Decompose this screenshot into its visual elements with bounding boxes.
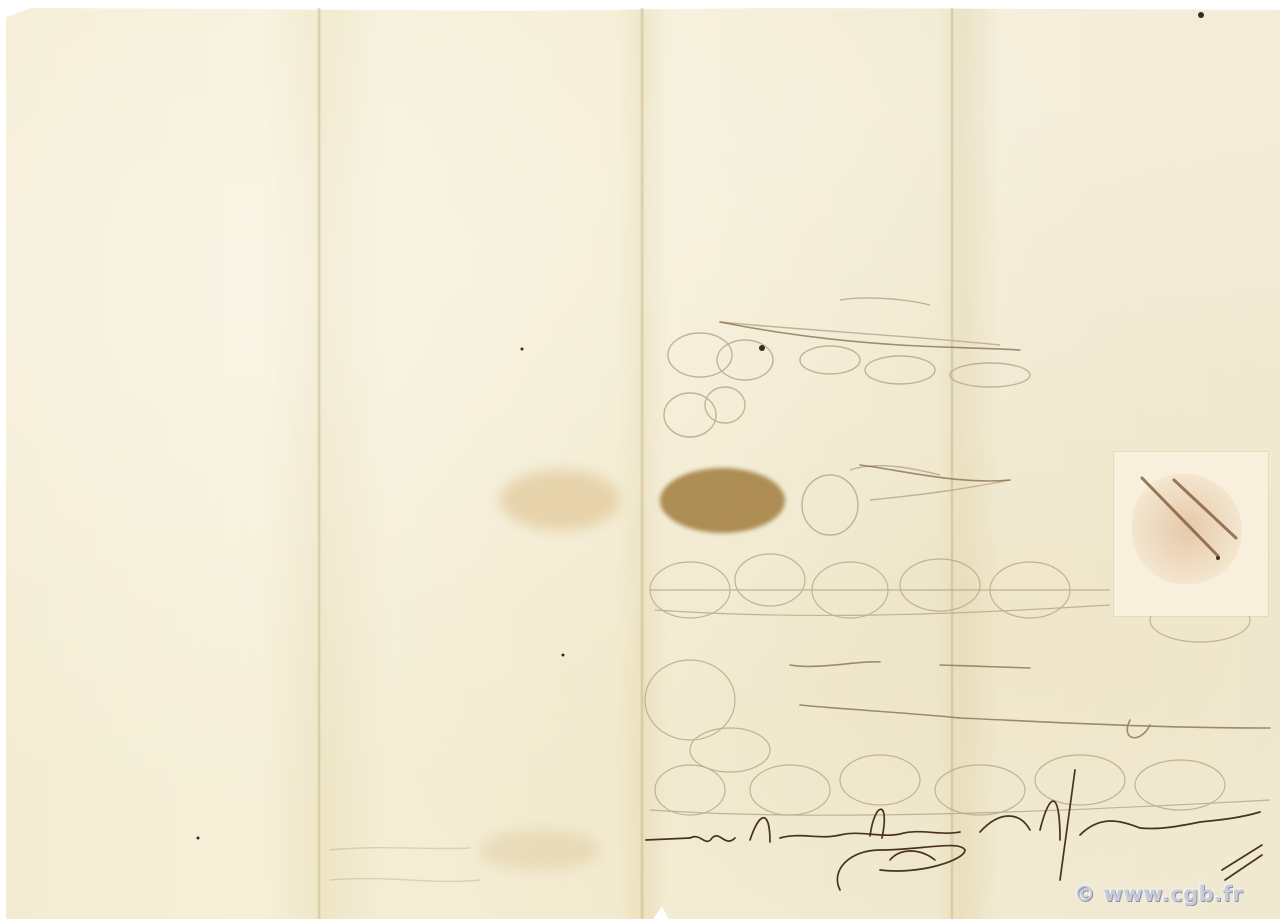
pasted-paper-patch <box>1114 452 1268 616</box>
watermark-text: © www.cgb.fr <box>1074 882 1243 906</box>
watermark: © www.cgb.fr <box>1074 882 1243 906</box>
handwriting-layer <box>0 0 1280 919</box>
diagonal-strokes-icon <box>1114 452 1268 616</box>
